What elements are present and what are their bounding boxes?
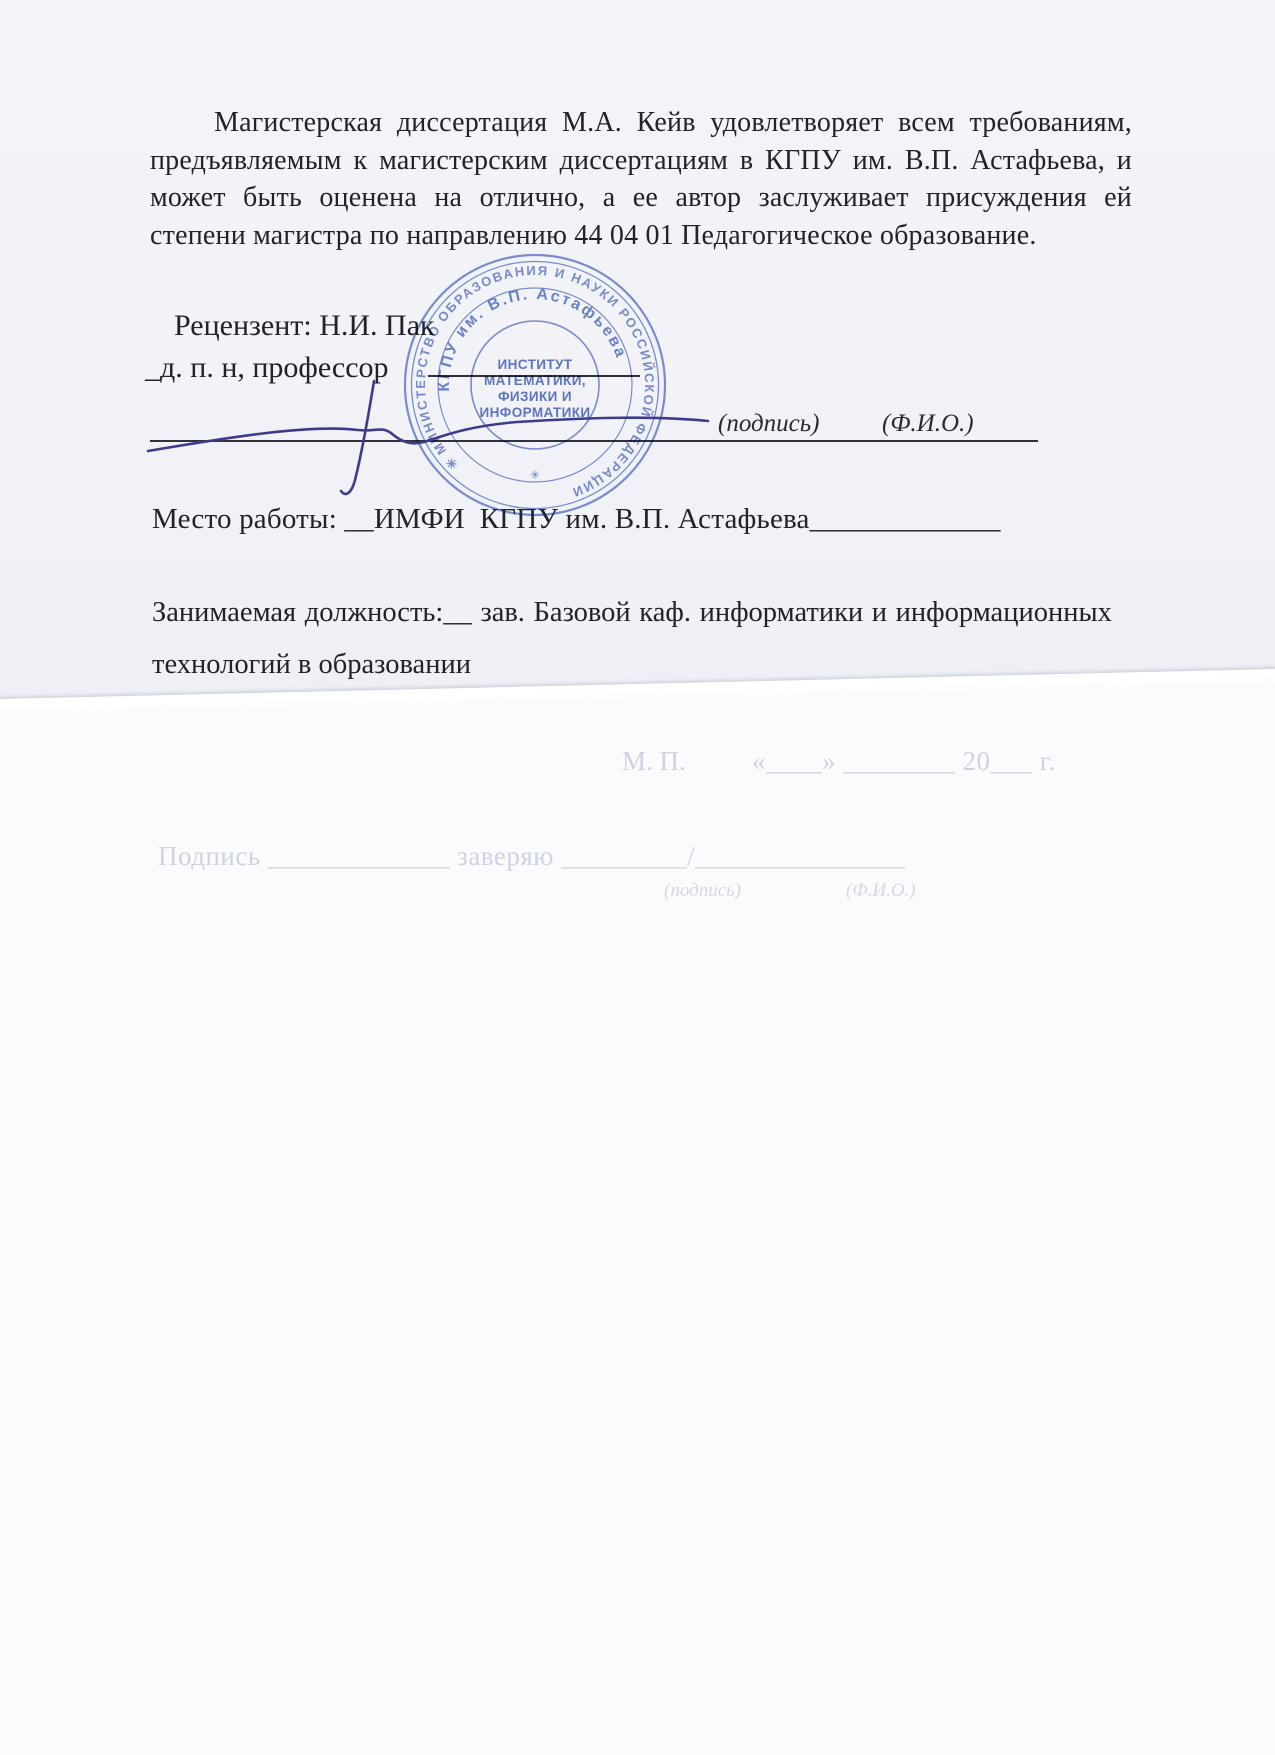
paragraph-line: может быть оценена на отлично, а ее авто… <box>150 179 1132 217</box>
position-line-1: Занимаемая должность:__ зав. Базовой каф… <box>152 597 1112 629</box>
next-sheet-signature-caption: (подпись) <box>664 880 741 902</box>
reviewer-name-line: Рецензент: Н.И. Пак <box>174 309 435 343</box>
next-sheet-date-line: «____» ________ 20___ г. <box>752 746 1056 777</box>
scanned-review-page: М. П. «____» ________ 20___ г. Подпись _… <box>0 0 1275 1755</box>
next-sheet-signature-line: Подпись _____________ заверяю _________/… <box>158 841 905 872</box>
thesis-evaluation-paragraph: Магистерская диссертация М.А. Кейв удовл… <box>150 104 1132 254</box>
signature-flourish <box>148 418 708 451</box>
next-sheet-name-caption: (Ф.И.О.) <box>846 880 916 902</box>
handwritten-signature <box>135 370 1050 505</box>
paragraph-line: предъявляемым к магистерским диссертация… <box>150 142 1132 180</box>
position-line-2: технологий в образовании <box>152 649 471 681</box>
next-sheet-mp-label: М. П. <box>622 746 686 777</box>
paragraph-line: Магистерская диссертация М.А. Кейв удовл… <box>150 104 1132 142</box>
signature-cross-stroke <box>341 381 374 494</box>
workplace-line: Место работы: __ИМФИ КГПУ им. В.П. Астаф… <box>152 503 1001 536</box>
